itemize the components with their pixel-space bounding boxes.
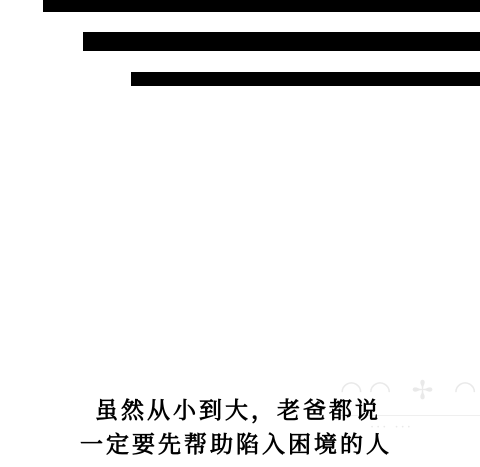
caption-line-1: 虽然从小到大，老爸都说 bbox=[95, 398, 480, 424]
black-bar-1 bbox=[43, 0, 480, 12]
caption-line-2: 一定要先帮助陷入困境的人 bbox=[80, 432, 480, 458]
black-bar-2 bbox=[83, 32, 480, 51]
black-bar-3 bbox=[131, 72, 480, 86]
